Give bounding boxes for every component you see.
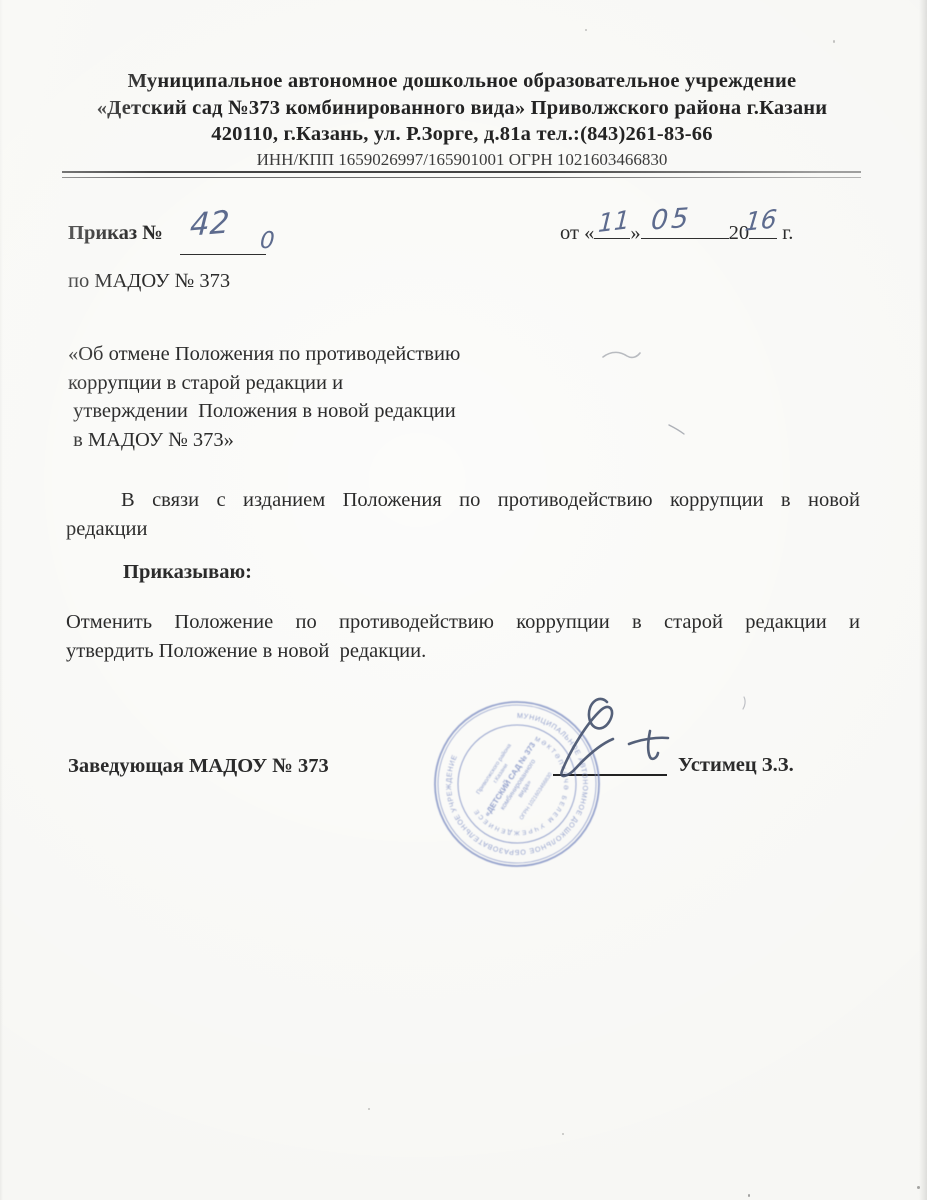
org-address-line: 420110, г.Казань, ул. Р.Зорге, д.81а тел… bbox=[62, 121, 862, 148]
preamble-line1: В связи с изданием Положения по противод… bbox=[66, 486, 860, 515]
stamp-center-ogrn: ОГРН 1021603466830 bbox=[519, 772, 554, 821]
subject-line: утверждении Положения в новой редакции bbox=[68, 397, 460, 426]
org-name-line2: «Детский сад №373 комбинированного вида»… bbox=[62, 95, 862, 122]
subject-line: в МАДОУ № 373» bbox=[68, 426, 460, 455]
order-date: от «11»052016 г. bbox=[560, 222, 793, 245]
stamp-center-name2: комбинированного bbox=[498, 757, 537, 811]
preamble-line2: редакции bbox=[66, 515, 860, 544]
order-number-handwritten: 42 bbox=[189, 204, 230, 244]
date-year-blank: 16 bbox=[749, 238, 777, 239]
stamp-center-name3: вида» bbox=[517, 779, 533, 799]
stamp-outer-ring-text: МУНИЦИПАЛЬНОЕ АВТОНОМНОЕ ДОШКОЛЬНОЕ ОБРА… bbox=[445, 712, 589, 856]
order-number-row: Приказ № 42 0 от «11»052016 г. bbox=[68, 220, 862, 266]
order-text-line2: утвердить Положение в новой редакции. bbox=[66, 637, 860, 666]
stamp-center-city: г.Казани bbox=[493, 763, 510, 785]
order-label: Приказ № bbox=[68, 222, 163, 245]
signatory-name: Устимец З.З. bbox=[678, 754, 794, 777]
scan-speck bbox=[585, 29, 587, 31]
letterhead-divider bbox=[62, 171, 861, 178]
date-month-handwritten: 05 bbox=[650, 202, 692, 236]
svg-text:МӘКТӘПКӘЧӘ БЕЛЕМ УЧРЕЖДЕНИЕСЕ: МӘКТӘПКӘЧӘ БЕЛЕМ УЧРЕЖДЕНИЕСЕ bbox=[472, 736, 569, 836]
directive-label: Приказываю: bbox=[123, 561, 252, 584]
scan-speck bbox=[748, 1194, 750, 1197]
order-text-paragraph: Отменить Положение по противодействию ко… bbox=[66, 608, 860, 666]
signatory-position: Заведующая МАДОУ № 373 bbox=[68, 755, 329, 778]
order-subject: «Об отмене Положения по противодействию … bbox=[68, 340, 460, 454]
letterhead: Муниципальное автономное дошкольное обра… bbox=[62, 68, 862, 171]
official-round-stamp-icon: МУНИЦИПАЛЬНОЕ АВТОНОМНОЕ ДОШКОЛЬНОЕ ОБРА… bbox=[430, 697, 604, 871]
preamble-paragraph: В связи с изданием Положения по противод… bbox=[66, 486, 860, 544]
org-requisites-line: ИНН/КПП 1659026997/165901001 ОГРН 102160… bbox=[62, 148, 862, 171]
stamp-center-district: Приволжского района bbox=[475, 742, 513, 796]
signature-handwriting-icon bbox=[561, 699, 668, 776]
order-number-blank bbox=[180, 254, 266, 255]
addressee-line: по МАДОУ № 373 bbox=[68, 270, 230, 293]
date-century: 20 bbox=[729, 222, 750, 244]
scan-speck bbox=[368, 1108, 370, 1110]
order-number-handwritten-suffix: 0 bbox=[259, 228, 275, 255]
stamp-center-name: «ДЕТСКИЙ САД № 373 bbox=[483, 740, 538, 818]
subject-line: «Об отмене Положения по противодействию bbox=[68, 340, 460, 369]
subject-line: коррупции в старой редакции и bbox=[68, 369, 460, 398]
org-name-line1: Муниципальное автономное дошкольное обра… bbox=[62, 68, 862, 95]
scan-speck bbox=[917, 1186, 920, 1189]
scan-edge-left bbox=[0, 0, 3, 1200]
scan-speck bbox=[562, 1133, 564, 1135]
date-close-quote: » bbox=[630, 222, 640, 244]
scan-speck bbox=[833, 40, 835, 43]
signature-blank-line bbox=[553, 774, 667, 776]
date-day-handwritten: 11 bbox=[598, 205, 631, 238]
scan-edge-right bbox=[919, 0, 927, 1200]
date-month-blank: 05 bbox=[641, 238, 729, 239]
stamp-inner-ring-text: МӘКТӘПКӘЧӘ БЕЛЕМ УЧРЕЖДЕНИЕСЕ bbox=[472, 736, 569, 836]
date-from-label: от « bbox=[560, 222, 594, 244]
svg-text:МУНИЦИПАЛЬНОЕ АВТОНОМНОЕ ДОШКО: МУНИЦИПАЛЬНОЕ АВТОНОМНОЕ ДОШКОЛЬНОЕ ОБРА… bbox=[445, 712, 589, 856]
order-text-line1: Отменить Положение по противодействию ко… bbox=[66, 608, 860, 637]
scanned-order-document: Муниципальное автономное дошкольное обра… bbox=[0, 0, 927, 1200]
date-suffix: г. bbox=[782, 222, 793, 244]
date-day-blank: 11 bbox=[594, 238, 630, 239]
